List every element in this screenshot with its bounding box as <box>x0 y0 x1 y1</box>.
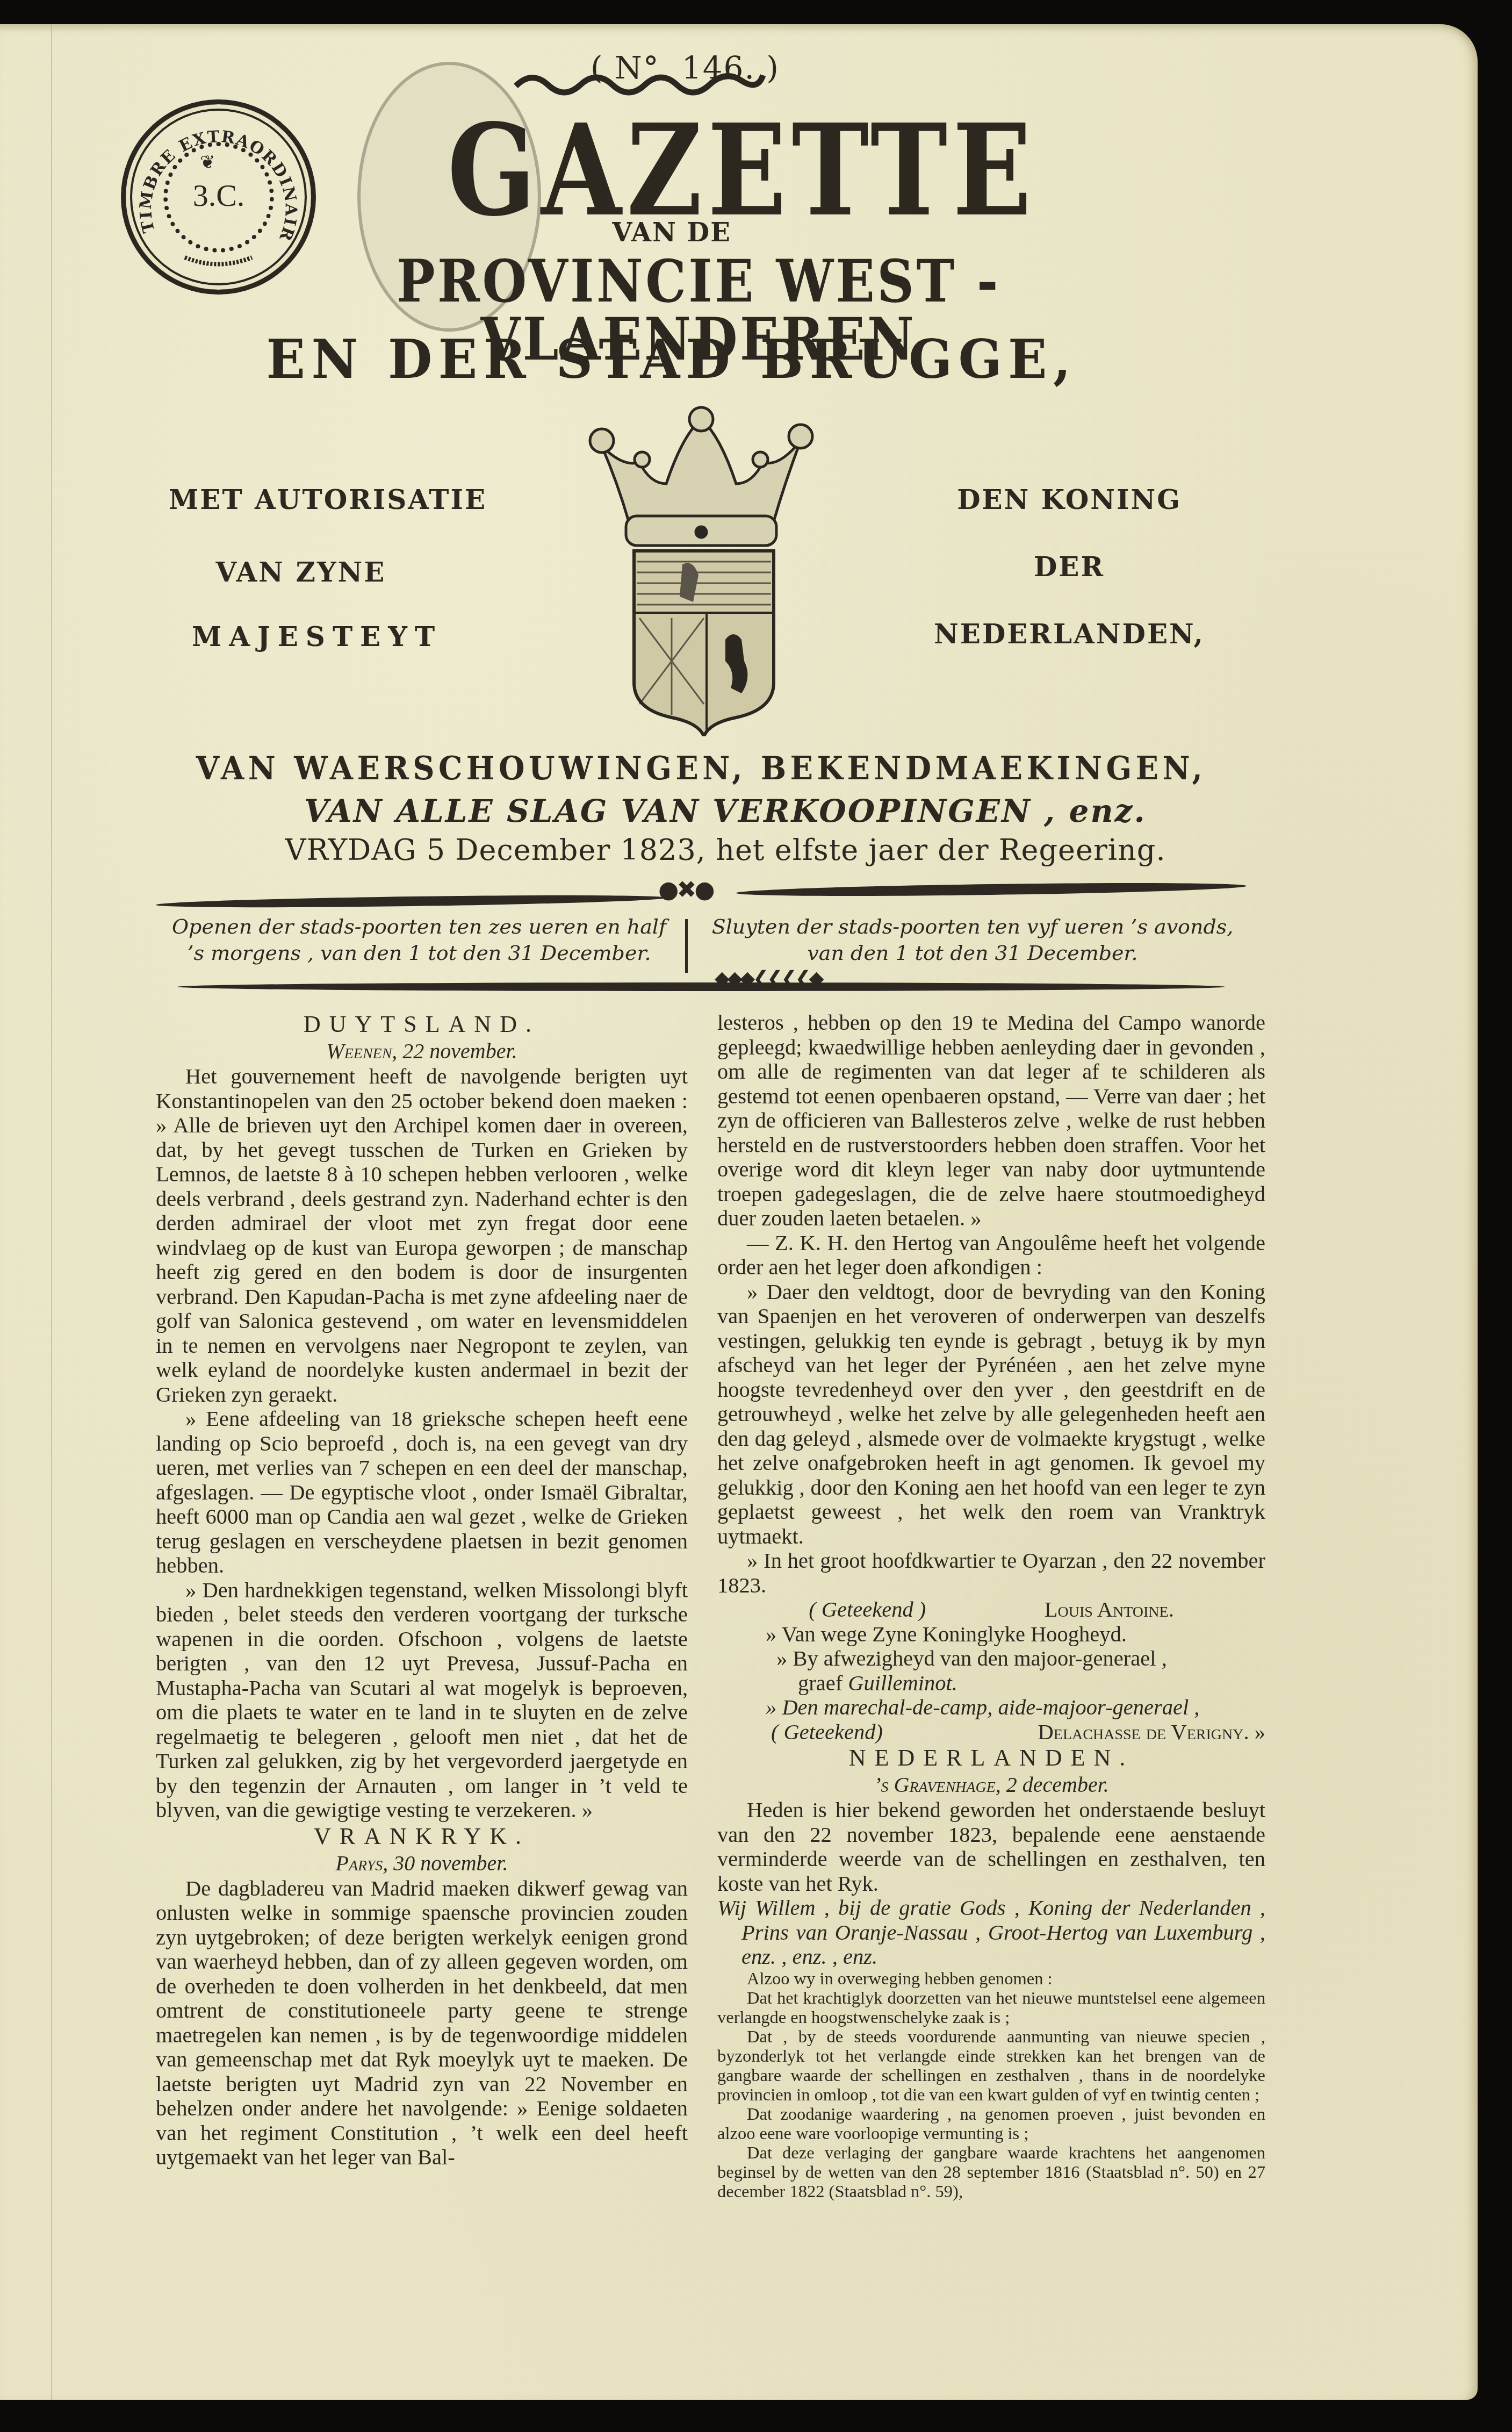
gates-opening-notice: Openen der stads-poorten ten zes ueren e… <box>161 914 677 967</box>
article-paragraph: » Den hardnekkigen tegenstand, welken Mi… <box>156 1578 688 1823</box>
authorization-left-3: MAJESTEYT <box>150 621 484 652</box>
decree-line: Dat het krachtiglyk doorzetten van het n… <box>717 1989 1265 2027</box>
royal-coat-of-arms-icon <box>548 403 849 736</box>
masthead-van-de: VAN DE <box>591 218 752 248</box>
signature-line-5: » Den marechal-de-camp, aide-majoor-gene… <box>717 1695 1265 1720</box>
dateline-date: , 22 november. <box>392 1039 517 1063</box>
royal-title: Wij Willem , bij de gratie Gods , Koning… <box>717 1896 1265 1969</box>
right-column: lesteros , hebben op den 19 te Medina de… <box>717 1010 1265 2201</box>
article-paragraph: » Eene afdeeling van 18 grieksche schepe… <box>156 1407 688 1578</box>
issue-dateline: VRYDAG 5 December 1823, het elfste jaer … <box>226 833 1225 867</box>
article-paragraph: Het gouvernement heeft de navolgende ber… <box>156 1064 688 1407</box>
authorization-right-3: NEDERLANDEN, <box>903 618 1236 650</box>
decree-line: Dat zoodanige waardering , na genomen pr… <box>717 2105 1265 2143</box>
dateline-parys: Parys, 30 november. <box>156 1850 688 1876</box>
dateline-place: ’s Gravenhage <box>874 1773 996 1797</box>
authorization-left-1: MET AUTORISATIE <box>161 484 494 515</box>
stamp-value: 3.C. <box>168 177 270 213</box>
authorization-right-1: DEN KONING <box>903 484 1236 515</box>
dateline-weenen: Weenen, 22 november. <box>156 1038 688 1064</box>
authorization-right-2: DER <box>903 551 1236 583</box>
rule-arrows-icon: ◆◆◆❮❮❮❮◆ <box>715 967 822 989</box>
gates-close-line-1: Sluyten der stads-poorten ten vyf ueren … <box>696 914 1249 940</box>
article-paragraph: » In het groot hoofdkwartier te Oyarzan … <box>717 1548 1265 1597</box>
authorization-left-2: VAN ZYNE <box>134 556 467 588</box>
article-paragraph: Heden is hier bekend geworden het onders… <box>717 1798 1265 1896</box>
decree-line: Dat , by de steeds voordurende aanmuntin… <box>717 2027 1265 2105</box>
decree-line: Alzoo wy in overweging hebben genomen : <box>717 1969 1265 1989</box>
section-heading-duytsland: DUYTSLAND. <box>156 1010 688 1038</box>
dateline-place: Weenen <box>326 1039 392 1063</box>
gates-close-line-2: van den 1 tot den 31 December. <box>696 940 1249 966</box>
leaf-ornament-icon: ❦ <box>200 152 215 173</box>
wavy-rule-icon <box>510 64 897 97</box>
article-paragraph: — Z. K. H. den Hertog van Angoulême heef… <box>717 1231 1265 1280</box>
signed-label: ( Geteekend ) <box>809 1597 926 1622</box>
graef-label: graef <box>798 1671 843 1695</box>
section-heading-nederlanden: NEDERLANDEN. <box>717 1744 1265 1772</box>
gates-separator <box>685 919 688 973</box>
signature-line-4: graef Guilleminot. <box>717 1671 1265 1696</box>
signature-line-6: ( Geteekend) Delachasse de Verigny. » <box>717 1720 1265 1745</box>
signed-label-2: ( Geteekend) <box>771 1720 883 1745</box>
masthead-stad-brugge: EN DER STAD BRUGGE, <box>258 332 1085 386</box>
guilleminot-name: Guilleminot. <box>848 1671 957 1695</box>
signer-name-2: Delachasse de Verigny. » <box>1038 1720 1265 1745</box>
article-continuation: lesteros , hebben op den 19 te Medina de… <box>717 1010 1265 1231</box>
subtitle-sales: VAN ALLE SLAG VAN VERKOOPINGEN , enz. <box>269 793 1182 829</box>
signature-line-1: ( Geteekend ) Louis Antoine. <box>717 1597 1265 1622</box>
dateline-place: Parys <box>336 1851 383 1875</box>
signer-name: Louis Antoine. <box>1045 1597 1174 1622</box>
section-heading-vrankryk: VRANKRYK. <box>156 1823 688 1850</box>
article-paragraph: » Daer den veldtogt, door de bevryding v… <box>717 1280 1265 1549</box>
left-column: DUYTSLAND. Weenen, 22 november. Het gouv… <box>156 1010 688 2170</box>
gates-closing-notice: Sluyten der stads-poorten ten vyf ueren … <box>696 914 1249 967</box>
dateline-date: , 30 november. <box>383 1851 508 1875</box>
page-fold-line <box>51 24 52 2400</box>
article-paragraph: De dagbladereu van Madrid maeken dikwerf… <box>156 1876 688 2170</box>
stamp-inner-ring: ❦ 3.C. <box>163 142 274 253</box>
subtitle-announcements: VAN WAERSCHOUWINGEN, BEKENDMAEKINGEN, <box>189 750 1214 787</box>
dateline-date: , 2 december. <box>996 1773 1109 1797</box>
gates-open-line-2: ’s morgens , van den 1 tot den 31 Decemb… <box>161 940 677 966</box>
decree-line: Dat deze verlaging der gangbare waarde k… <box>717 2143 1265 2201</box>
ornamental-rule-bottom <box>177 982 1225 991</box>
rule-ornament-icon: ●✖● <box>658 876 713 903</box>
signature-line-3: » By afwezigheyd van den majoor-generael… <box>717 1646 1265 1671</box>
masthead-title: GAZETTE <box>448 107 998 234</box>
dateline-gravenhage: ’s Gravenhage, 2 december. <box>717 1772 1265 1798</box>
signature-line-2: » Van wege Zyne Koninglyke Hoogheyd. <box>717 1622 1265 1647</box>
gates-open-line-1: Openen der stads-poorten ten zes ueren e… <box>161 914 677 940</box>
